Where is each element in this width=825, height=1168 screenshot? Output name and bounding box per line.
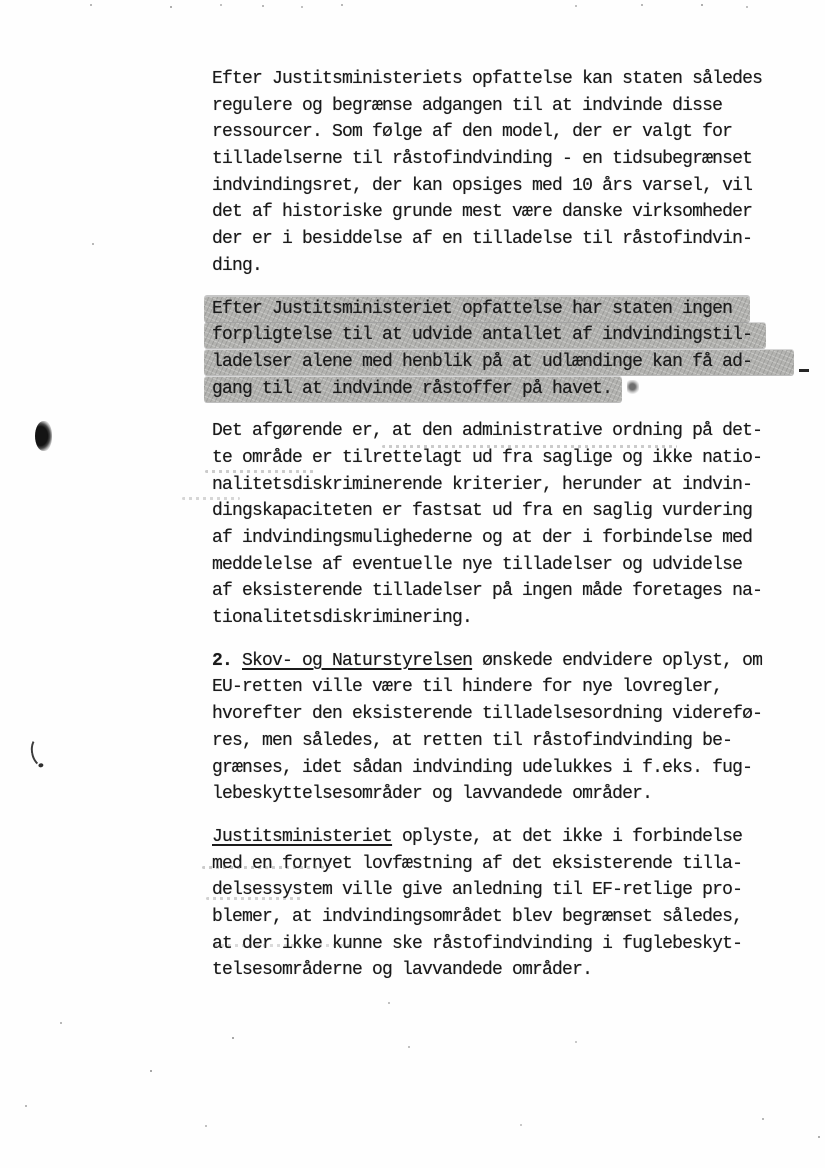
text-line-content: ladelser alene med henblik på at udlændi… (204, 350, 794, 375)
text-run (232, 651, 242, 671)
paragraph-1: Efter Justitsministeriets opfattelse kan… (212, 66, 812, 280)
text-line: hvorefter den eksisterende tilladelsesor… (212, 701, 812, 728)
text-line-content: af eksisterende tilladelser på ingen måd… (212, 581, 762, 601)
text-line: det af historiske grunde mest være dansk… (212, 199, 812, 226)
text-line: med en fornyet lovfæstning af det eksist… (212, 851, 812, 878)
underlined-term: Justitsministeriet (212, 827, 392, 847)
highlighted-text-line: forpligtelse til at udvide antallet af i… (212, 322, 812, 349)
text-line-content: meddelelse af eventuelle nye tilladelser… (212, 555, 742, 575)
punch-hole-smudge (35, 421, 52, 451)
text-line-content: det af historiske grunde mest være dansk… (212, 202, 752, 222)
text-line: blemer, at indvindingsområdet blev begræ… (212, 904, 812, 931)
text-line-content: EU-retten ville være til hindere for nye… (212, 677, 722, 697)
text-line-content: grænses, idet sådan indvinding udelukkes… (212, 758, 752, 778)
text-line: te område er tilrettelagt ud fra saglige… (212, 445, 812, 472)
text-line: dingskapaciteten er fastsat ud fra en sa… (212, 498, 812, 525)
text-run: ønskede endvidere oplyst, om (472, 651, 762, 671)
text-line-content: forpligtelse til at udvide antallet af i… (204, 323, 766, 348)
highlighted-text-line: gang til at indvinde råstoffer på havet. (212, 376, 812, 403)
paragraph-4: 2. Skov- og Naturstyrelsen ønskede endvi… (212, 648, 812, 808)
text-line-content: indvindingsret, der kan opsiges med 10 å… (212, 176, 752, 196)
text-line-content: Det afgørende er, at den administrative … (212, 421, 762, 441)
text-line: telsesområderne og lavvandede områder. (212, 957, 812, 984)
text-line-content: dingskapaciteten er fastsat ud fra en sa… (212, 501, 752, 521)
text-line-content: res, men således, at retten til råstofin… (212, 731, 732, 751)
text-line: tionalitetsdiskriminering. (212, 605, 812, 632)
text-line: lebeskyttelsesområder og lavvandede områ… (212, 781, 812, 808)
text-line-content: regulere og begrænse adgangen til at ind… (212, 96, 722, 116)
text-line: der er i besiddelse af en tilladelse til… (212, 226, 812, 253)
text-line-content: lebeskyttelsesområder og lavvandede områ… (212, 784, 652, 804)
text-line: Efter Justitsministeriets opfattelse kan… (212, 66, 812, 93)
text-line: 2. Skov- og Naturstyrelsen ønskede endvi… (212, 648, 812, 675)
text-line-content: af indvindingsmulighederne og at der i f… (212, 528, 752, 548)
text-line: tilladelserne til råstofindvinding - en … (212, 146, 812, 173)
text-line-content: Justitsministeriet oplyste, at det ikke … (212, 827, 742, 847)
text-line: ressourcer. Som følge af den model, der … (212, 119, 812, 146)
paragraph-3: Det afgørende er, at den administrative … (212, 418, 812, 632)
scanned-document-page: Efter Justitsministeriets opfattelse kan… (0, 0, 825, 1168)
text-run: oplyste, at det ikke i forbindelse (392, 827, 742, 847)
text-line: af indvindingsmulighederne og at der i f… (212, 525, 812, 552)
smudge-mark (182, 497, 240, 500)
text-line: Justitsministeriet oplyste, at det ikke … (212, 824, 812, 851)
text-line-content: tilladelserne til råstofindvinding - en … (212, 149, 752, 169)
smudge-mark (214, 944, 356, 947)
text-line: grænses, idet sådan indvinding udelukkes… (212, 755, 812, 782)
text-line-content: der er i besiddelse af en tilladelse til… (212, 229, 752, 249)
paragraph-5: Justitsministeriet oplyste, at det ikke … (212, 824, 812, 984)
text-line-content: te område er tilrettelagt ud fra saglige… (212, 448, 762, 468)
text-line-content: Efter Justitsministeriets opfattelse kan… (212, 69, 762, 89)
stray-pen-dash (799, 369, 809, 372)
text-line-content: hvorefter den eksisterende tilladelsesor… (212, 704, 762, 724)
text-line-content: ressourcer. Som følge af den model, der … (212, 122, 732, 142)
smudge-mark (382, 445, 677, 448)
text-line: af eksisterende tilladelser på ingen måd… (212, 578, 812, 605)
marker-smudge-speck (627, 380, 639, 395)
text-line-content: nalitetsdiskriminerende kriterier, herun… (212, 475, 752, 495)
text-line: regulere og begrænse adgangen til at ind… (212, 93, 812, 120)
text-line: Det afgørende er, at den administrative … (212, 418, 812, 445)
scan-noise-specks (0, 0, 2, 2)
text-line-content: telsesområderne og lavvandede områder. (212, 960, 592, 980)
smudge-mark (206, 897, 301, 900)
text-line: delsessystem ville give anledning til EF… (212, 877, 812, 904)
text-line-content: med en fornyet lovfæstning af det eksist… (212, 854, 742, 874)
text-line: meddelelse af eventuelle nye tilladelser… (212, 552, 812, 579)
text-line: res, men således, at retten til råstofin… (212, 728, 812, 755)
text-line: ding. (212, 253, 812, 280)
text-line-content: ding. (212, 256, 262, 276)
text-line-content: Efter Justitsministeriet opfattelse har … (204, 297, 750, 322)
punch-hole-outline (28, 734, 54, 768)
text-line-content: tionalitetsdiskriminering. (212, 608, 472, 628)
highlighted-text-line: Efter Justitsministeriet opfattelse har … (212, 296, 812, 323)
bold-term: 2. (212, 651, 232, 671)
smudge-mark (205, 470, 317, 473)
text-line: nalitetsdiskriminerende kriterier, herun… (212, 472, 812, 499)
text-line-content: 2. Skov- og Naturstyrelsen ønskede endvi… (212, 651, 762, 671)
text-line-content: gang til at indvinde råstoffer på havet. (204, 377, 622, 402)
text-line: indvindingsret, der kan opsiges med 10 å… (212, 173, 812, 200)
smudge-mark (202, 866, 330, 869)
underlined-term: Skov- og Naturstyrelsen (242, 651, 472, 671)
document-text-block: Efter Justitsministeriets opfattelse kan… (212, 66, 812, 1000)
paragraph-2-highlighted: Efter Justitsministeriet opfattelse har … (212, 296, 812, 403)
highlighted-text-line: ladelser alene med henblik på at udlændi… (212, 349, 812, 376)
text-line: EU-retten ville være til hindere for nye… (212, 674, 812, 701)
text-line-content: blemer, at indvindingsområdet blev begræ… (212, 907, 742, 927)
